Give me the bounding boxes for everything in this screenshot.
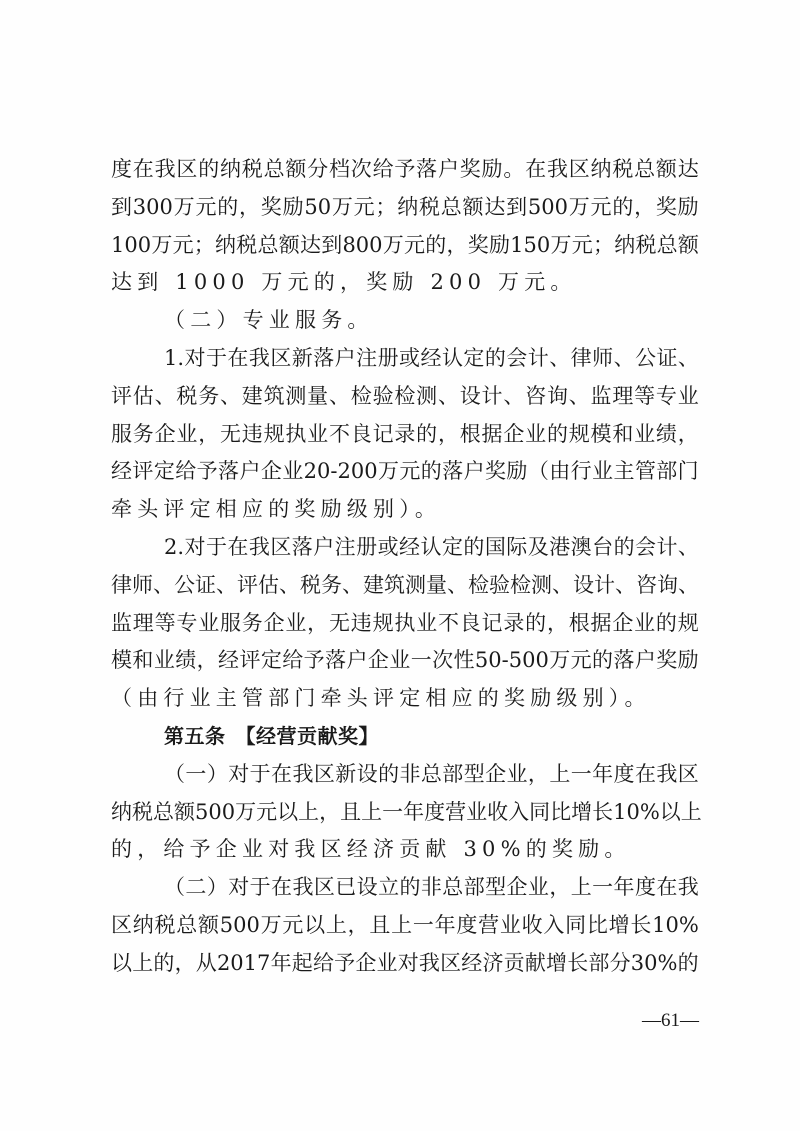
article-heading: 第五条 【经营贡献奖】: [111, 718, 699, 756]
text-line: 达到 1000 万元的，奖励 200 万元。: [111, 264, 699, 302]
text-line: 服务企业，无违规执业不良记录的，根据企业的规模和业绩，: [111, 416, 699, 454]
page-number: —61—: [642, 1010, 699, 1032]
text-line: 经评定给予落户企业20-200万元的落户奖励（由行业主管部门: [111, 453, 699, 491]
text-line: 评估、税务、建筑测量、检验检测、设计、咨询、监理等专业: [111, 378, 699, 416]
text-line: 纳税总额500万元以上，且上一年度营业收入同比增长10%以上: [111, 794, 699, 832]
document-page: 度在我区的纳税总额分档次给予落户奖励。在我区纳税总额达 到300万元的，奖励50…: [0, 0, 800, 1131]
text-line: 到300万元的，奖励50万元；纳税总额达到500万元的，奖励: [111, 189, 699, 227]
text-line: 100万元；纳税总额达到800万元的，奖励150万元；纳税总额: [111, 227, 699, 265]
paragraph-tax-reward-tiers: 度在我区的纳税总额分档次给予落户奖励。在我区纳税总额达 到300万元的，奖励50…: [111, 151, 699, 302]
text-line: 2.对于在我区落户注册或经认定的国际及港澳台的会计、: [111, 529, 699, 567]
text-line: 1.对于在我区新落户注册或经认定的会计、律师、公证、: [111, 340, 699, 378]
text-line: （由行业主管部门牵头评定相应的奖励级别）。: [111, 680, 699, 718]
section-heading: （二）专业服务。: [111, 302, 699, 340]
text-line: 区纳税总额500万元以上，且上一年度营业收入同比增长10%: [111, 907, 699, 945]
text-line: 的，给予企业对我区经济贡献 30%的奖励。: [111, 831, 699, 869]
article-title: 【经营贡献奖】: [236, 718, 380, 756]
paragraph-item-2: 2.对于在我区落户注册或经认定的国际及港澳台的会计、 律师、公证、评估、税务、建…: [111, 529, 699, 718]
text-line: 监理等专业服务企业，无违规执业不良记录的，根据企业的规: [111, 605, 699, 643]
text-line: （一）对于在我区新设的非总部型企业，上一年度在我区: [111, 756, 699, 794]
article-number: 第五条: [164, 718, 226, 756]
document-body: 度在我区的纳税总额分档次给予落户奖励。在我区纳税总额达 到300万元的，奖励50…: [111, 151, 699, 983]
paragraph-item-1: 1.对于在我区新落户注册或经认定的会计、律师、公证、 评估、税务、建筑测量、检验…: [111, 340, 699, 529]
text-line: 律师、公证、评估、税务、建筑测量、检验检测、设计、咨询、: [111, 567, 699, 605]
paragraph-article-5-item-2: （二）对于在我区已设立的非总部型企业，上一年度在我 区纳税总额500万元以上，且…: [111, 869, 699, 982]
text-line: 以上的，从2017年起给予企业对我区经济贡献增长部分30%的: [111, 945, 699, 983]
section-heading-professional-services: （二）专业服务。: [111, 302, 699, 340]
text-line: （二）对于在我区已设立的非总部型企业，上一年度在我: [111, 869, 699, 907]
paragraph-article-5-item-1: （一）对于在我区新设的非总部型企业，上一年度在我区 纳税总额500万元以上，且上…: [111, 756, 699, 869]
text-line: 模和业绩，经评定给予落户企业一次性50-500万元的落户奖励: [111, 642, 699, 680]
text-line: 牵头评定相应的奖励级别）。: [111, 491, 699, 529]
text-line: 度在我区的纳税总额分档次给予落户奖励。在我区纳税总额达: [111, 151, 699, 189]
